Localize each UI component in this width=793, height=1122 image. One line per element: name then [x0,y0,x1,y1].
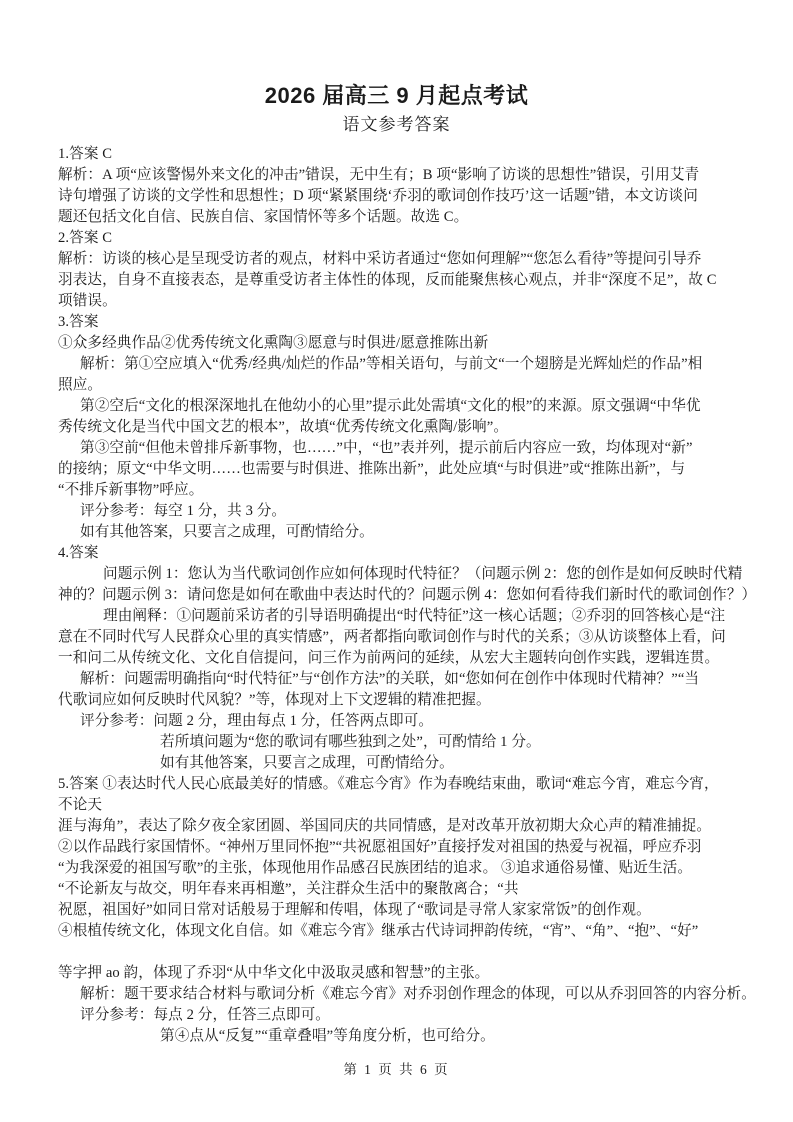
body-line: ②以作品践行家国情怀。“神州万里同怀抱”“共祝愿祖国好”直接抒发对祖国的热爱与祝… [58,837,753,858]
body-line: 问题示例 1：您认为当代歌词创作应如何体现时代特征？（问题示例 2：您的创作是如… [58,564,753,585]
body-blank-line [58,942,753,963]
body-line: 神的？问题示例 3：请问您是如何在歌曲中表达时代的？问题示例 4：您如何看待我们… [58,585,753,606]
body-line: 解析：访谈的核心是呈现受访者的观点，材料中采访者通过“您如何理解”“您怎么看待”… [58,249,753,270]
body-line: ④根植传统文化，体现文化自信。如《难忘今宵》继承古代诗词押韵传统，“宵”、“角”… [58,921,753,942]
body-line: “不论新友与故交，明年春来再相邀”，关注群众生活中的聚散离合；“共 [58,879,753,900]
body-line: 不论天 [58,795,753,816]
body-line: 诗句增强了访谈的文学性和思想性；D 项“紧紧围绕‘乔羽的歌词创作技巧’这一话题”… [58,186,753,207]
page-footer: 第 1 页 共 6 页 [0,1058,793,1078]
body-line: 代歌词应如何反映时代风貌？”等，体现对上下文逻辑的精准把握。 [58,690,753,711]
page-subtitle: 语文参考答案 [0,115,793,135]
body-line: 3.答案 [58,312,753,333]
body-line: “为我深爱的祖国写歌”的主张，体现他用作品感召民族团结的追求。 ③追求通俗易懂、… [58,858,753,879]
body-line: 意在不同时代写人民群众心里的真实情感”，两者都指向歌词创作与时代的关系；③从访谈… [58,627,753,648]
body-line: 若所填问题为“您的歌词有哪些独到之处”，可酌情给 1 分。 [58,732,753,753]
body-line: 祝愿，祖国好”如同日常对话般易于理解和传唱，体现了“歌词是寻常人家家常饭”的创作… [58,900,753,921]
body-line: 题还包括文化自信、民族自信、家国情怀等多个话题。故选 C。 [58,207,753,228]
body-line: 评分参考：每空 1 分，共 3 分。 [58,501,753,522]
body-line: 的接纳；原文“中华文明……也需要与时俱进、推陈出新”，此处应填“与时俱进”或“推… [58,459,753,480]
body-line: “不排斥新事物”呼应。 [58,480,753,501]
body-line: 项错误。 [58,291,753,312]
body-line: 解析：A 项“应该警惕外来文化的冲击”错误，无中生有；B 项“影响了访谈的思想性… [58,165,753,186]
document-header: 2026 届高三 9 月起点考试 语文参考答案 [0,0,793,135]
body-line: 第④点从“反复”“重章叠唱”等角度分析，也可给分。 [58,1026,753,1047]
body-line: 第②空后“文化的根深深地扎在他幼小的心里”提示此处需填“文化的根”的来源。原文强… [58,396,753,417]
document-page: 2026 届高三 9 月起点考试 语文参考答案 1.答案 C解析：A 项“应该警… [0,0,793,1122]
body-line: 5.答案 ①表达时代人民心底最美好的情感。《难忘今宵》作为春晚结束曲，歌词“难忘… [58,774,753,795]
body-line: 2.答案 C [58,228,753,249]
body-line: 如有其他答案，只要言之成理，可酌情给分。 [58,753,753,774]
body-line: 评分参考：每点 2 分，任答三点即可。 [58,1005,753,1026]
body-line: 涯与海角”，表达了除夕夜全家团圆、举国同庆的共同情感，是对改革开放初期大众心声的… [58,816,753,837]
body-line: 羽表达，自身不直接表态，是尊重受访者主体性的体现，反而能聚焦核心观点，并非“深度… [58,270,753,291]
body-line: 评分参考：问题 2 分，理由每点 1 分，任答两点即可。 [58,711,753,732]
body-line: 照应。 [58,375,753,396]
body-line: 秀传统文化是当代中国文艺的根本”，故填“优秀传统文化熏陶/影响”。 [58,417,753,438]
body-line: 解析：题干要求结合材料与歌词分析《难忘今宵》对乔羽创作理念的体现，可以从乔羽回答… [58,984,753,1005]
body-line: 解析：第①空应填入“优秀/经典/灿烂的作品”等相关语句，与前文“一个翅膀是光辉灿… [58,354,753,375]
body-line: 4.答案 [58,543,753,564]
body-line: 解析：问题需明确指向“时代特征”与“创作方法”的关联，如“您如何在创作中体现时代… [58,669,753,690]
body-line: 等字押 ao 韵，体现了乔羽“从中华文化中汲取灵感和智慧”的主张。 [58,963,753,984]
body-line: 第③空前“但他未曾排斥新事物，也……”中，“也”表并列，提示前后内容应一致，均体… [58,438,753,459]
body-line: ①众多经典作品②优秀传统文化熏陶③愿意与时俱进/愿意推陈出新 [58,333,753,354]
body-line: 一和问二从传统文化、文化自信提问，问三作为前两问的延续，从宏大主题转向创作实践，… [58,648,753,669]
page-title: 2026 届高三 9 月起点考试 [0,84,793,108]
body-line: 如有其他答案，只要言之成理，可酌情给分。 [58,522,753,543]
body-line: 理由阐释：①问题前采访者的引导语明确提出“时代特征”这一核心话题；②乔羽的回答核… [58,606,753,627]
document-body: 1.答案 C解析：A 项“应该警惕外来文化的冲击”错误，无中生有；B 项“影响了… [0,135,793,1047]
body-line: 1.答案 C [58,144,753,165]
